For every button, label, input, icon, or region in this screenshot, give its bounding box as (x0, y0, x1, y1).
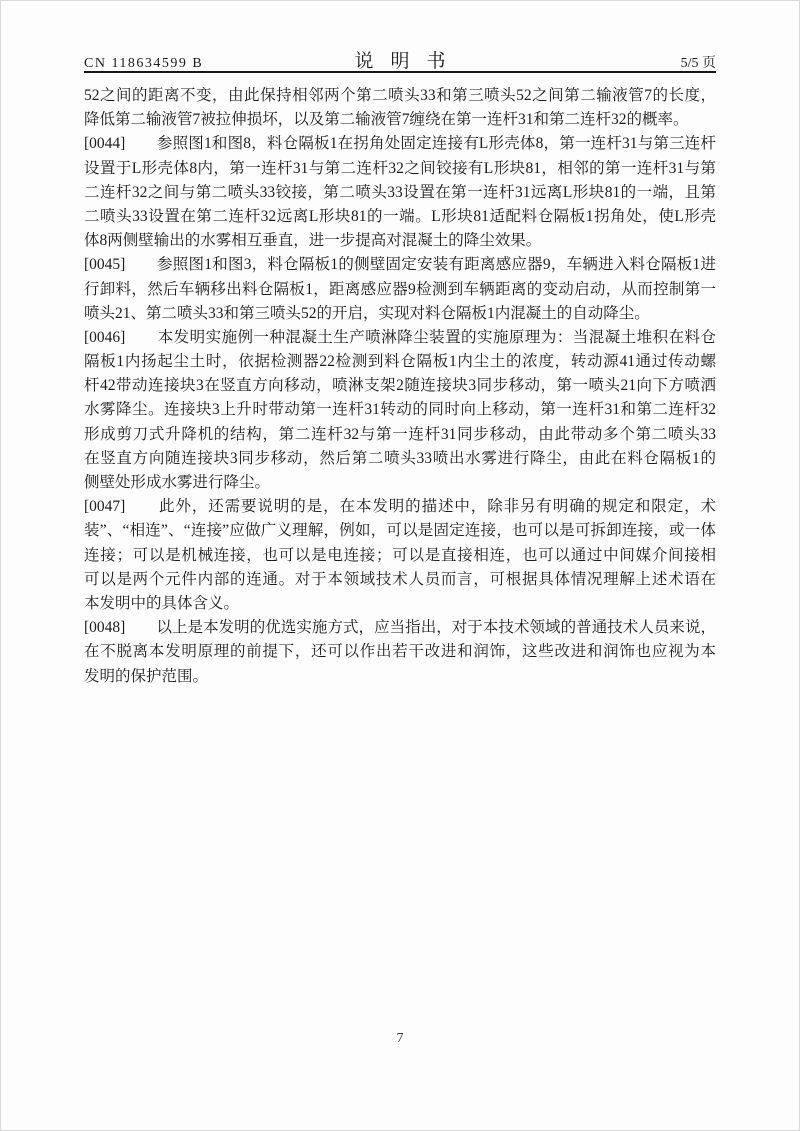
document-number: CN 118634599 B (84, 56, 284, 72)
text-line: 体8两侧壁输出的水雾相互垂直，进一步提高对混凝土的降尘效果。 (84, 229, 716, 253)
text-line-paragraph-0045: [0045] 参照图1和图3，料仓隔板1的侧壁固定安装有距离感应器9，车辆进入料… (84, 253, 716, 277)
text-line: 可以是两个元件内部的连通。对于本领域技术人员而言，可根据具体情况理解上述术语在 (84, 568, 716, 592)
text-line: 发明的保护范围。 (84, 665, 716, 689)
text-line: 在不脱离本发明原理的前提下，还可以作出若干改进和润饰，这些改进和润饰也应视为本 (84, 640, 716, 664)
text-line: 设置于L形壳体8内，第一连杆31与第二连杆32之间铰接有L形块81，相邻的第一连… (84, 157, 716, 181)
text-line: 降低第二输液管7被拉伸损坏，以及第二输液管7缠绕在第一连杆31和第二连杆32的概… (84, 108, 716, 132)
text-line-paragraph-0046: [0046] 本发明实施例一种混凝土生产喷淋降尘装置的实施原理为：当混凝土堆积在… (84, 326, 716, 350)
text-line: 在竖直方向随连接块3同步移动，然后第二喷头33喷出水雾进行降尘，由此在料仓隔板1… (84, 447, 716, 471)
document-title: 说明书 (284, 46, 516, 73)
text-line: 隔板1内扬起尘土时，依据检测器22检测到料仓隔板1内尘土的浓度，转动源41通过传… (84, 350, 716, 374)
text-line: 杆42带动连接块3在竖直方向移动，喷淋支架2随连接块3同步移动，第一喷头21向下… (84, 374, 716, 398)
patent-specification-page: CN 118634599 B 说明书 5/5 页 52之间的距离不变，由此保持相… (0, 0, 800, 1131)
text-line: 行卸料，然后车辆移出料仓隔板1，距离感应器9检测到车辆距离的变动启动，从而控制第… (84, 278, 716, 302)
text-line-paragraph-0047: [0047] 此外，还需要说明的是，在本发明的描述中，除非另有明确的规定和限定，… (84, 495, 716, 519)
page-footer: 7 (0, 1031, 800, 1047)
text-line: 二连杆32之间与第二喷头33铰接，第二喷头33设置在第一连杆31远离L形块81的… (84, 181, 716, 205)
text-line: 52之间的距离不变，由此保持相邻两个第二喷头33和第三喷头52之间第二输液管7的… (84, 84, 716, 108)
text-line: 本发明中的具体含义。 (84, 592, 716, 616)
text-line: 侧壁处形成水雾进行降尘。 (84, 471, 716, 495)
specification-body: 52之间的距离不变，由此保持相邻两个第二喷头33和第三喷头52之间第二输液管7的… (84, 84, 716, 689)
text-line: 二喷头33设置在第二连杆32远离L形块81的一端。L形块81适配料仓隔板1拐角处… (84, 205, 716, 229)
header-divider (84, 71, 716, 73)
text-line: 喷头21、第二喷头33和第三喷头52的开启，实现对料仓隔板1内混凝土的自动降尘。 (84, 302, 716, 326)
text-line-paragraph-0048: [0048] 以上是本发明的优选实施方式，应当指出，对于本技术领域的普通技术人员… (84, 616, 716, 640)
text-line: 装”、“相连”、“连接”应做广义理解，例如，可以是固定连接，也可以是可拆卸连接，… (84, 519, 716, 543)
page-header: CN 118634599 B 说明书 5/5 页 (84, 46, 716, 72)
text-line: 连接；可以是机械连接，也可以是电连接；可以是直接相连，也可以通过中间媒介间接相连… (84, 544, 716, 568)
text-line: 形成剪刀式升降机的结构，第二连杆32与第一连杆31同步移动，由此带动多个第二喷头… (84, 423, 716, 447)
text-line: 水雾降尘。连接块3上升时带动第一连杆31转动的同时向上移动，第一连杆31和第二连… (84, 398, 716, 422)
page-number: 7 (397, 1031, 404, 1046)
page-indicator: 5/5 页 (516, 52, 716, 72)
text-line-paragraph-0044: [0044] 参照图1和图8，料仓隔板1在拐角处固定连接有L形壳体8，第一连杆3… (84, 132, 716, 156)
